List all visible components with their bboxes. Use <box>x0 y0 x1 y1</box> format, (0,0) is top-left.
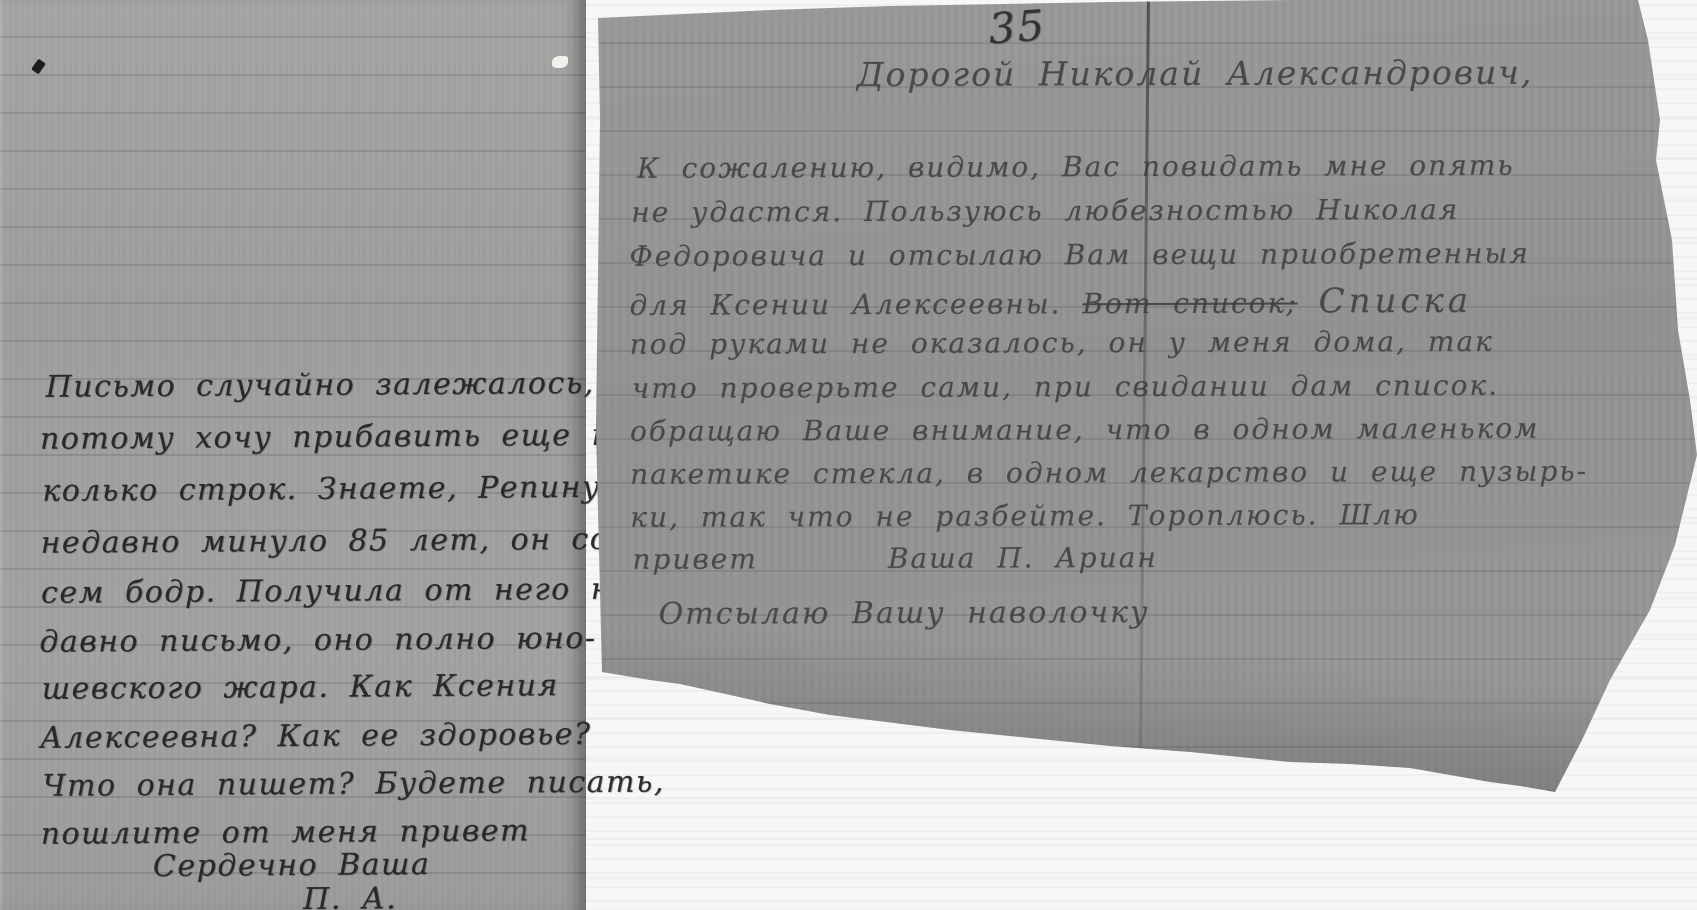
handwritten-line: Что она пишет? Будете писать, <box>42 764 665 803</box>
handwritten-line: потому хочу прибавить еще нес- <box>40 417 662 456</box>
handwritten-line: Алексеевна? Как ее здоровье? <box>40 717 592 756</box>
handwritten-line: колько строк. Знаете, Репину <box>42 470 601 509</box>
handwritten-line: под руками не оказалось, он у меня дома,… <box>630 325 1494 361</box>
handwritten-line: не удастся. Пользуюсь любезностью Никола… <box>631 193 1459 229</box>
handwritten-line: сем бодр. Получила от него не- <box>41 572 643 611</box>
signature: Ваша П. Ариан <box>888 541 1158 575</box>
left-page-text-block: Письмо случайно залежалось, а потому хоч… <box>0 0 589 910</box>
handwritten-line: шевского жара. Как Ксения <box>42 668 559 707</box>
handwritten-line: давно письмо, оно полно юно- <box>39 621 596 660</box>
handwritten-line: ки, так что не разбейте. Тороплюсь. Шлю <box>630 498 1420 534</box>
handwritten-line: обращаю Ваше внимание, что в одном мален… <box>630 412 1539 448</box>
postscript-line: Отсылаю Вашу наволочку <box>658 595 1149 632</box>
handwritten-line: К сожалению, видимо, Вас повидать мне оп… <box>637 149 1515 185</box>
scanned-letter-document: Письмо случайно залежалось, а потому хоч… <box>0 0 1697 910</box>
struck-out-words: Вот список; <box>1082 286 1297 320</box>
salutation-line: Дорогой Николай Александрович, <box>857 53 1534 94</box>
handwritten-line: Федоровича и отсылаю Вам вещи приобретен… <box>629 237 1530 273</box>
handwritten-line: Письмо случайно залежалось, а <box>45 366 634 405</box>
signature-line: приветВаша П. Ариан <box>632 541 1157 576</box>
handwritten-line-with-strikethrough: для Ксении Алексеевны. Вот список; Списк… <box>629 281 1472 324</box>
closing-line: Сердечно Ваша <box>153 847 431 884</box>
closing-word: привет <box>632 542 758 575</box>
left-letter-page: Письмо случайно залежалось, а потому хоч… <box>0 0 586 910</box>
handwritten-line: недавно минуло 85 лет, он сов- <box>40 522 639 561</box>
line-segment: для Ксении Алексеевны. <box>629 287 1061 322</box>
handwritten-line: пакетике стекла, в одном лекарство и еще… <box>630 454 1588 490</box>
line-segment: Списка <box>1318 281 1472 322</box>
handwritten-line: что проверьте сами, при свидании дам спи… <box>632 369 1499 405</box>
page-number: 35 <box>987 0 1048 53</box>
handwritten-line: пошлите от меня привет <box>41 813 531 851</box>
signature-initials: П. А. <box>303 881 397 910</box>
